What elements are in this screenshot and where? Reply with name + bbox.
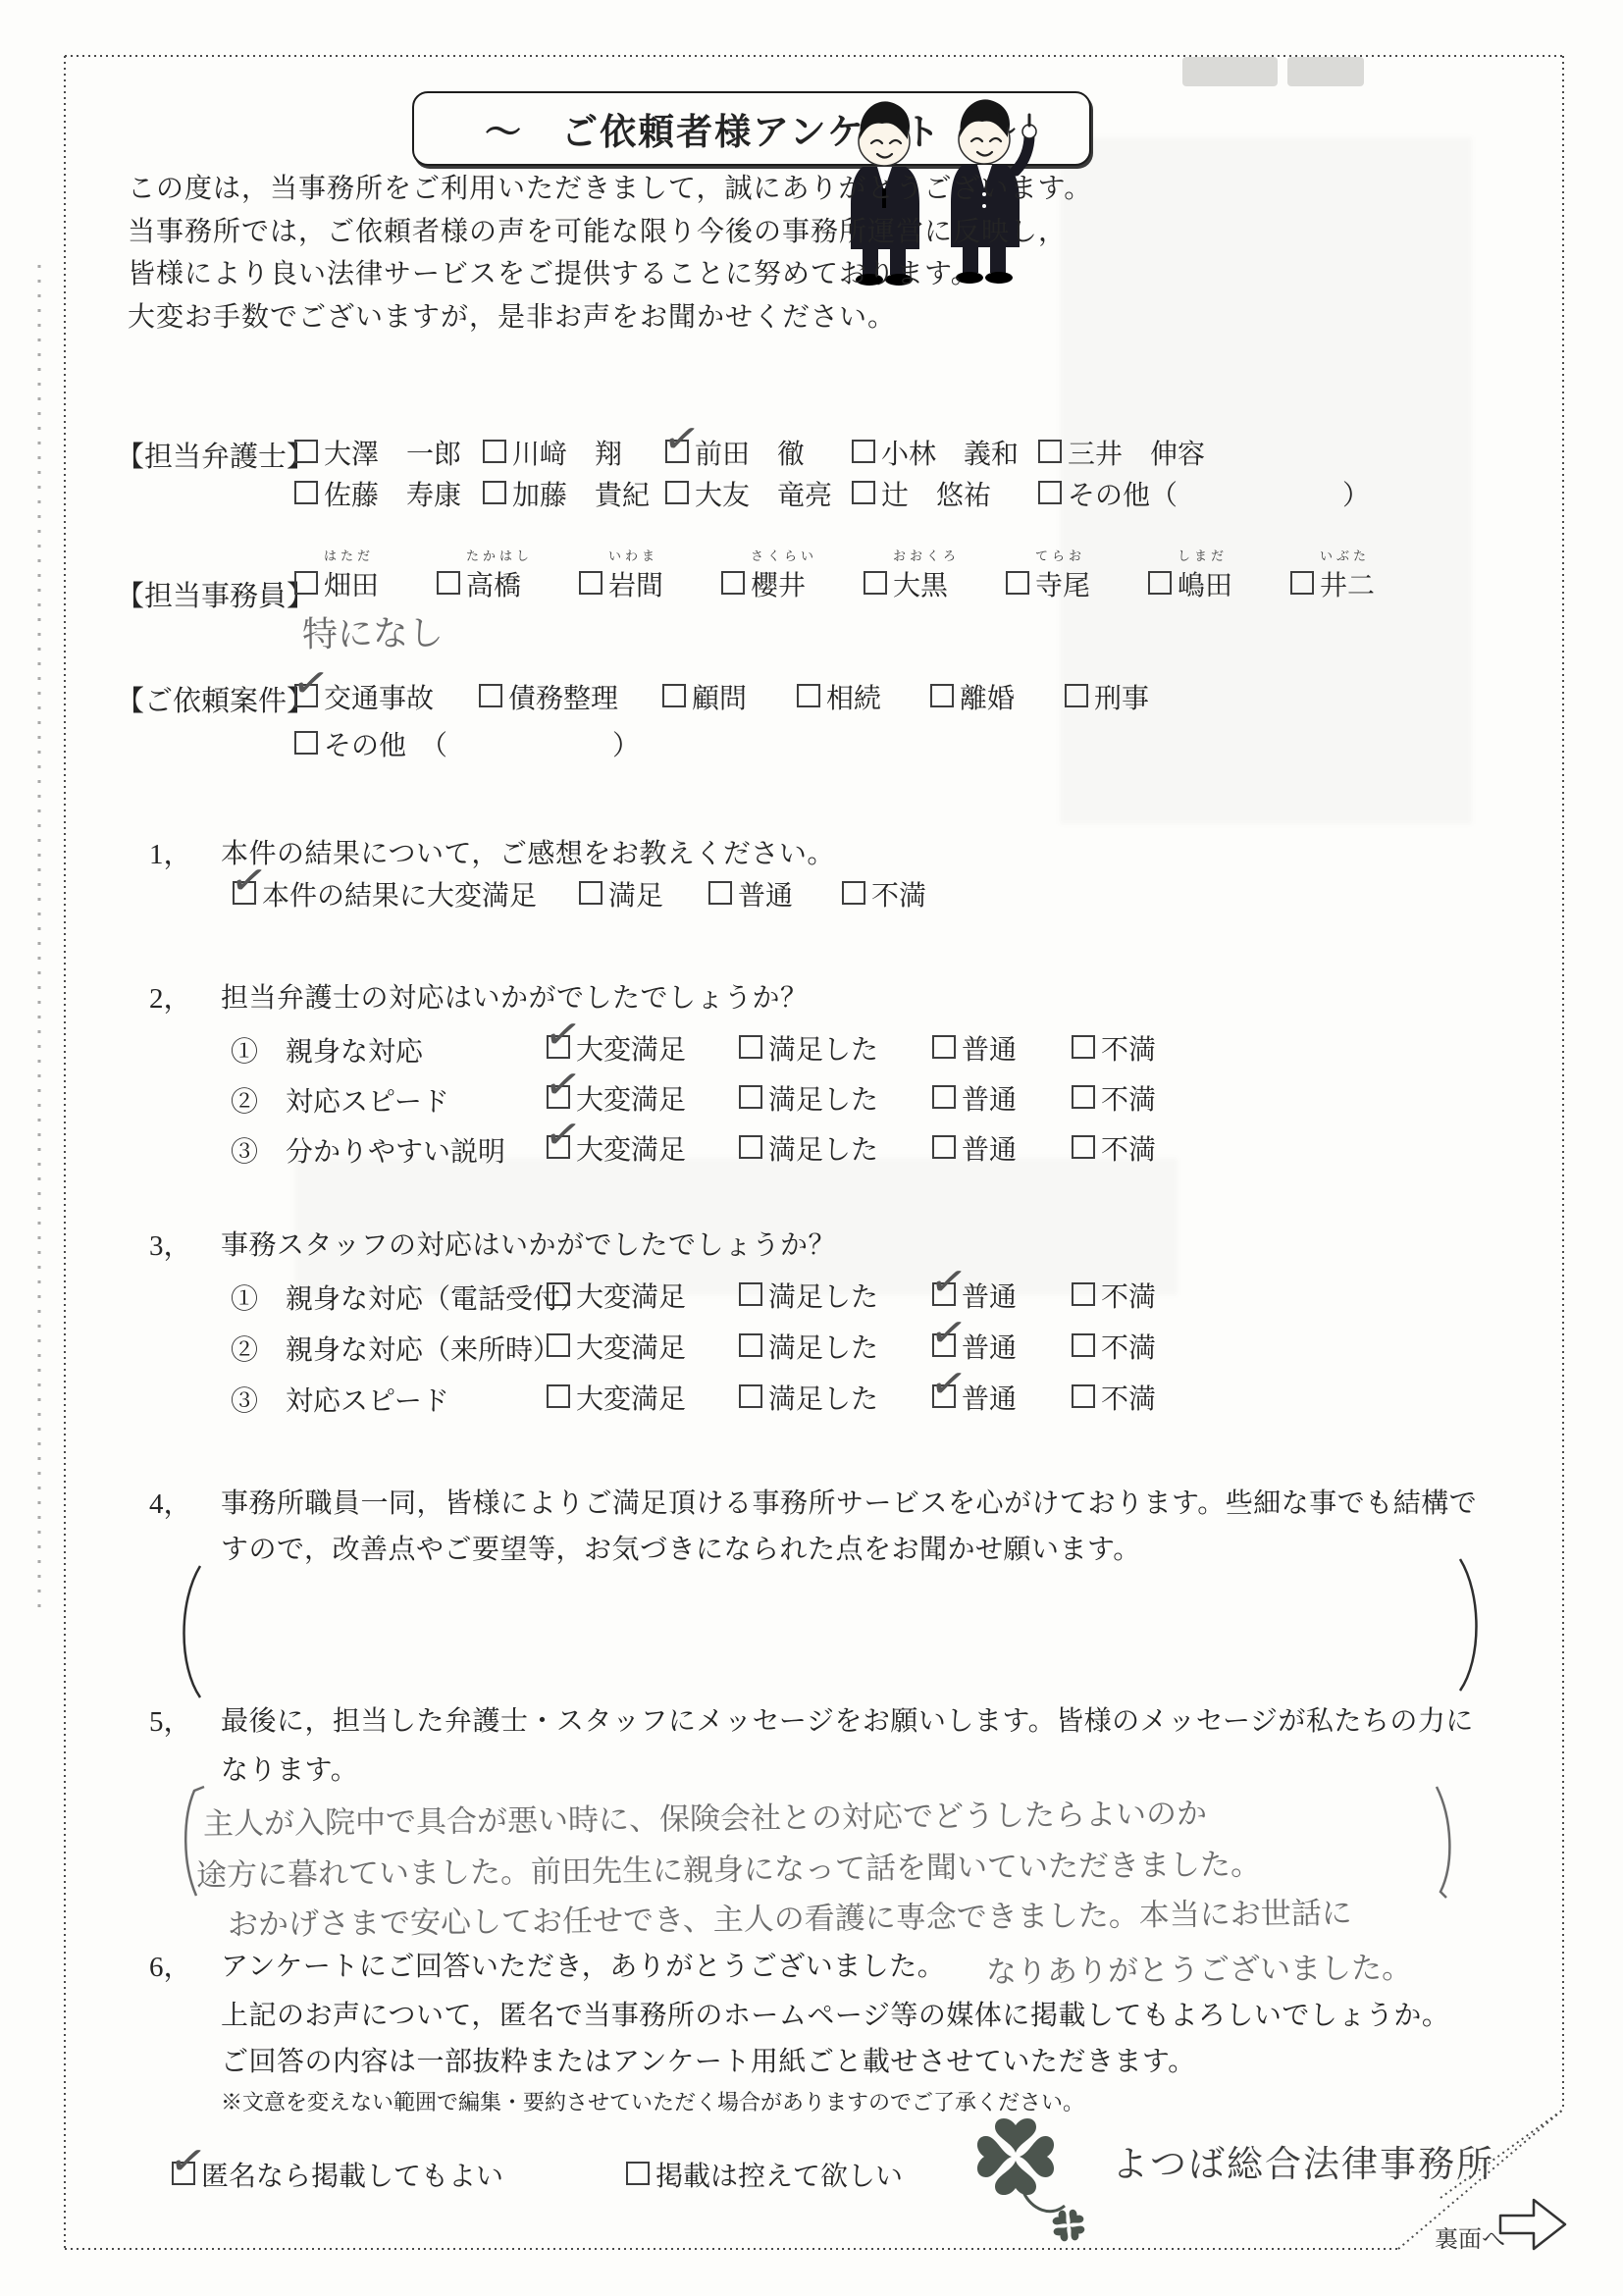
option-label: 不満 [1101, 1327, 1156, 1366]
handwritten-message-line: なりありがとうございました。 [986, 1943, 1412, 1992]
row-label: 親身な対応（電話受付） [286, 1284, 588, 1315]
q1-option-very-satisfied[interactable]: 本件の結果に大変満足 [233, 874, 537, 913]
checkbox[interactable] [721, 571, 745, 595]
checkbox[interactable] [864, 571, 887, 595]
checkbox[interactable] [1065, 684, 1088, 707]
furigana: いぶた [1320, 546, 1375, 564]
furigana: おおくろ [893, 546, 960, 564]
checkbox[interactable] [483, 481, 506, 504]
checkbox[interactable] [1072, 1135, 1095, 1159]
q6-text-line: ご回答の内容は一部抜粋またはアンケート用紙ごと載せさせていただきます。 [221, 2040, 1196, 2079]
q2-row3-dissatisfied[interactable]: 不満 [1072, 1128, 1156, 1168]
checkbox[interactable] [1148, 571, 1172, 595]
lawyer-option-kawasaki[interactable]: 川﨑 翔 [483, 433, 622, 472]
intro-line: 皆様により良い法律サービスをご提供することに努めております。 [128, 252, 979, 291]
q2-row1-label: ① 親身な対応 [231, 1030, 423, 1070]
clover-logo-icon [967, 2110, 1094, 2247]
option-label: 満足 [608, 874, 663, 913]
checkbox[interactable] [547, 1035, 570, 1059]
option-label: 大変満足 [576, 1128, 686, 1168]
lawyer-option-otomo[interactable]: 大友 竜亮 [665, 474, 832, 513]
staff-option-iwama[interactable]: いわま 岩間 [579, 546, 663, 603]
q2-number: 2， [149, 976, 192, 1017]
furigana: たかはし [466, 546, 533, 564]
row-label: 対応スピード [286, 1087, 449, 1118]
option-label: 三井 伸容 [1068, 433, 1205, 472]
q4-text-line: 事務所職員一同，皆様によりご満足頂ける事務所サービスを心がけております。些細な事… [221, 1482, 1477, 1521]
checkbox[interactable] [1290, 571, 1314, 595]
lawyer-option-mitsui[interactable]: 三井 伸容 [1038, 433, 1205, 472]
checkbox[interactable] [932, 1085, 956, 1109]
checkbox[interactable] [579, 571, 602, 595]
checkbox[interactable] [852, 440, 875, 463]
lawyer-option-sato[interactable]: 佐藤 寿康 [294, 474, 461, 513]
q3-row1-satisfied[interactable]: 満足した [739, 1276, 878, 1315]
q2-row1-dissatisfied[interactable]: 不満 [1072, 1028, 1156, 1068]
option-label: その他（ ） [1068, 474, 1370, 513]
checkbox[interactable] [1072, 1035, 1095, 1059]
q3-number: 3， [149, 1224, 192, 1264]
furigana: さくらい [751, 546, 817, 564]
q2-row3-very-satisfied[interactable]: 大変満足 [547, 1128, 686, 1168]
handwritten-note: 特になし [302, 605, 445, 657]
checkbox[interactable] [932, 1384, 956, 1408]
checkbox[interactable] [547, 1135, 570, 1159]
option-label: 刑事 [1094, 677, 1149, 716]
firm-name: よつば総合法律事務所 [1112, 2134, 1494, 2187]
checkbox[interactable] [739, 1282, 762, 1306]
option-label: 高橋 [466, 564, 521, 603]
option-label: 川﨑 翔 [512, 433, 622, 472]
option-label: 加藤 貴紀 [512, 474, 650, 513]
option-label: 大黒 [893, 564, 948, 603]
checkbox[interactable] [547, 1384, 570, 1408]
q2-row2-label: ② 対応スピード [231, 1080, 449, 1120]
checkbox[interactable] [739, 1135, 762, 1159]
option-label: 普通 [962, 1078, 1017, 1118]
option-label: 普通 [962, 1028, 1017, 1068]
checkbox[interactable] [1072, 1282, 1095, 1306]
q3-row3-satisfied[interactable]: 満足した [739, 1378, 878, 1417]
q3-row2-very-satisfied[interactable]: 大変満足 [547, 1327, 686, 1366]
checkbox[interactable] [1072, 1085, 1095, 1109]
lawyer-option-maeda[interactable]: 前田 徹 [665, 433, 805, 472]
redaction-box [1287, 57, 1364, 86]
option-label: 交通事故 [324, 677, 434, 716]
back-arrow-icon [1496, 2194, 1575, 2257]
checkbox[interactable] [294, 440, 318, 463]
checkbox[interactable] [932, 1282, 956, 1306]
case-option-traffic[interactable]: 交通事故 [294, 677, 434, 716]
staff-option-sakurai[interactable]: さくらい 櫻井 [721, 546, 817, 603]
option-label: 大変満足 [576, 1327, 686, 1366]
q3-row1-dissatisfied[interactable]: 不満 [1072, 1276, 1156, 1315]
q3-row2-satisfied[interactable]: 満足した [739, 1327, 878, 1366]
section-label-staff: 【担当事務員】 [116, 574, 315, 614]
checkbox[interactable] [739, 1035, 762, 1059]
option-label: 不満 [1101, 1028, 1156, 1068]
option-label: 普通 [962, 1378, 1017, 1417]
q1-number: 1， [149, 832, 192, 872]
checkbox[interactable] [852, 481, 875, 504]
option-label: 大変満足 [576, 1028, 686, 1068]
row-label: 対応スピード [286, 1386, 449, 1417]
publish-anonymous-option[interactable]: 匿名なら掲載してもよい [172, 2155, 503, 2194]
option-label: 満足した [768, 1078, 878, 1118]
q1-question: 本件の結果について，ご感想をお教えください。 [221, 832, 835, 871]
row-number: ① [231, 1284, 258, 1315]
row-label: 親身な対応（来所時） [286, 1335, 560, 1366]
case-option-debt[interactable]: 債務整理 [479, 677, 618, 716]
option-label: 満足した [768, 1276, 878, 1315]
option-label: 普通 [962, 1276, 1017, 1315]
furigana: しまだ [1178, 546, 1232, 564]
checkbox[interactable] [1038, 440, 1062, 463]
checkbox[interactable] [437, 571, 460, 595]
q5-text-line: 最後に，担当した弁護士・スタッフにメッセージをお願いします。皆様のメッセージが私… [221, 1699, 1474, 1739]
option-label: 大変満足 [576, 1378, 686, 1417]
option-label: 櫻井 [751, 564, 806, 603]
staff-option-terao[interactable]: てらお 寺尾 [1006, 546, 1090, 603]
lawyer-option-kato[interactable]: 加藤 貴紀 [483, 474, 650, 513]
intro-line: 当事務所では，ご依頼者様の声を可能な限り今後の事務所運営に反映し， [128, 210, 1067, 249]
q2-row1-satisfied[interactable]: 満足した [739, 1028, 878, 1068]
checkbox[interactable] [1006, 571, 1029, 595]
q6-text-line: アンケートにご回答いただき，ありがとうございました。 [221, 1945, 945, 1984]
q6-text-line: 上記のお声について，匿名で当事務所のホームページ等の媒体に掲載してもよろしいでし… [221, 1994, 1449, 2033]
intro-line: 大変お手数でございますが，是非お声をお聞かせください。 [128, 295, 896, 335]
option-label: 満足した [768, 1028, 878, 1068]
option-label: 普通 [738, 874, 793, 913]
lawyer-option-kobayashi[interactable]: 小林 義和 [852, 433, 1019, 472]
option-label: 満足した [768, 1378, 878, 1417]
section-label-lawyers: 【担当弁護士】 [116, 435, 315, 475]
case-option-inheritance[interactable]: 相続 [797, 677, 881, 716]
option-label: 大変満足 [576, 1078, 686, 1118]
row-number: ② [231, 1087, 258, 1118]
option-label: 債務整理 [508, 677, 618, 716]
option-label: 不満 [1101, 1276, 1156, 1315]
q3-row3-dissatisfied[interactable]: 不満 [1072, 1378, 1156, 1417]
option-label: 満足した [768, 1327, 878, 1366]
back-side-label: 裏面へ [1435, 2219, 1505, 2254]
checkbox[interactable] [483, 440, 506, 463]
option-label: 佐藤 寿康 [324, 474, 461, 513]
checkbox[interactable] [294, 571, 318, 595]
option-label: 畑田 [324, 564, 379, 603]
q2-question: 担当弁護士の対応はいかがでしたでしょうか？ [221, 976, 809, 1016]
checkbox[interactable] [172, 2162, 195, 2185]
option-label: 大変満足 [576, 1276, 686, 1315]
row-number: ③ [231, 1386, 258, 1417]
option-label: 不満 [871, 874, 926, 913]
option-label: 井二 [1320, 564, 1375, 603]
checkbox[interactable] [1072, 1384, 1095, 1408]
q2-row1-neutral[interactable]: 普通 [932, 1028, 1017, 1068]
option-label: 大澤 一郎 [324, 433, 461, 472]
option-label: 普通 [962, 1128, 1017, 1168]
furigana: いわま [608, 546, 663, 564]
staff-option-hatada[interactable]: はただ 畑田 [294, 546, 379, 603]
checkbox[interactable] [797, 684, 820, 707]
option-label: その他 （ ） [324, 724, 640, 763]
row-number: ① [231, 1037, 258, 1068]
big-open-paren [167, 1562, 210, 1701]
checkbox[interactable] [708, 881, 732, 905]
checkbox[interactable] [547, 1333, 570, 1357]
q3-row2-label: ② 親身な対応（来所時） [231, 1329, 560, 1368]
q5-text-line: なります。 [221, 1748, 358, 1788]
q3-row1-very-satisfied[interactable]: 大変満足 [547, 1276, 686, 1315]
checkbox[interactable] [932, 1135, 956, 1159]
q5-number: 5， [149, 1699, 192, 1740]
option-label: 嶋田 [1178, 564, 1232, 603]
q1-option-neutral[interactable]: 普通 [708, 874, 793, 913]
big-close-paren [1450, 1555, 1493, 1695]
q6-note: ※文意を変えない範囲で編集・要約させていただく場合がありますのでご了承ください。 [221, 2086, 1084, 2116]
case-option-other[interactable]: その他 （ ） [294, 724, 640, 763]
option-label: 本件の結果に大変満足 [262, 874, 537, 913]
q2-row3-satisfied[interactable]: 満足した [739, 1128, 878, 1168]
option-label: 掲載は控えて欲しい [655, 2155, 903, 2194]
staff-option-takahashi[interactable]: たかはし 高橋 [437, 546, 533, 603]
option-label: 普通 [962, 1327, 1017, 1366]
checkbox[interactable] [579, 881, 602, 905]
no-publish-option[interactable]: 掲載は控えて欲しい [626, 2155, 903, 2194]
option-label: 寺尾 [1035, 564, 1090, 603]
option-label: 辻 悠祐 [881, 474, 991, 513]
checkbox[interactable] [932, 1035, 956, 1059]
checkbox[interactable] [547, 1085, 570, 1109]
checkbox[interactable] [626, 2162, 650, 2185]
q2-row2-dissatisfied[interactable]: 不満 [1072, 1078, 1156, 1118]
checkbox[interactable] [930, 684, 954, 707]
handwritten-close-bracket [1431, 1784, 1466, 1902]
staff-option-shimada[interactable]: しまだ 嶋田 [1148, 546, 1232, 603]
q3-row3-very-satisfied[interactable]: 大変満足 [547, 1378, 686, 1417]
q3-row3-label: ③ 対応スピード [231, 1380, 449, 1419]
q6-number: 6， [149, 1945, 192, 1985]
checkbox[interactable] [547, 1282, 570, 1306]
option-label: 匿名なら掲載してもよい [201, 2155, 503, 2194]
survey-form-page: ～ ご依頼者様アンケート ～ [0, 0, 1623, 2296]
option-label: 大友 竜亮 [695, 474, 832, 513]
checkbox[interactable] [665, 440, 689, 463]
checkbox[interactable] [932, 1333, 956, 1357]
row-label: 親身な対応 [286, 1037, 423, 1068]
checkbox[interactable] [294, 731, 318, 755]
row-number: ③ [231, 1137, 258, 1168]
option-label: 不満 [1101, 1078, 1156, 1118]
checkbox[interactable] [294, 481, 318, 504]
option-label: 離婚 [960, 677, 1015, 716]
checkbox[interactable] [233, 881, 256, 905]
furigana: てらお [1035, 546, 1090, 564]
case-option-divorce[interactable]: 離婚 [930, 677, 1015, 716]
redaction-box [1182, 57, 1278, 86]
checkbox[interactable] [842, 881, 865, 905]
option-label: 不満 [1101, 1128, 1156, 1168]
staff-option-ibuta[interactable]: いぶた 井二 [1290, 546, 1375, 603]
lawyer-option-other[interactable]: その他（ ） [1038, 474, 1370, 513]
checkbox[interactable] [739, 1333, 762, 1357]
q4-number: 4， [149, 1482, 192, 1522]
q4-text-line: すので，改善点やご要望等，お気づきになられた点をお聞かせ願います。 [221, 1528, 1141, 1567]
q3-question: 事務スタッフの対応はいかがでしたでしょうか？ [221, 1224, 836, 1263]
lawyer-option-tsuji[interactable]: 辻 悠祐 [852, 474, 991, 513]
case-option-advisory[interactable]: 顧問 [662, 677, 747, 716]
q3-row3-neutral[interactable]: 普通 [932, 1378, 1017, 1417]
checkbox[interactable] [662, 684, 686, 707]
lawyer-option-osawa[interactable]: 大澤 一郎 [294, 433, 461, 472]
intro-line: この度は，当事務所をご利用いただきまして，誠にありがとうございます。 [128, 167, 1092, 206]
q2-row2-satisfied[interactable]: 満足した [739, 1078, 878, 1118]
checkbox[interactable] [1038, 481, 1062, 504]
q2-row3-label: ③ 分かりやすい説明 [231, 1130, 505, 1170]
option-label: 不満 [1101, 1378, 1156, 1417]
option-label: 顧問 [692, 677, 747, 716]
checkbox[interactable] [479, 684, 502, 707]
checkbox[interactable] [665, 481, 689, 504]
q1-option-satisfied[interactable]: 満足 [579, 874, 663, 913]
checkbox[interactable] [739, 1384, 762, 1408]
staff-option-okuro[interactable]: おおくろ 大黒 [864, 546, 960, 603]
option-label: 小林 義和 [881, 433, 1019, 472]
option-label: 満足した [768, 1128, 878, 1168]
option-label: 相続 [826, 677, 881, 716]
q2-row2-neutral[interactable]: 普通 [932, 1078, 1017, 1118]
checkbox[interactable] [739, 1085, 762, 1109]
case-option-criminal[interactable]: 刑事 [1065, 677, 1149, 716]
row-number: ② [231, 1335, 258, 1366]
checkbox[interactable] [294, 684, 318, 707]
q2-row3-neutral[interactable]: 普通 [932, 1128, 1017, 1168]
furigana: はただ [324, 546, 379, 564]
q1-option-dissatisfied[interactable]: 不満 [842, 874, 926, 913]
q3-row2-dissatisfied[interactable]: 不満 [1072, 1327, 1156, 1366]
option-label: 前田 徹 [695, 433, 805, 472]
option-label: 岩間 [608, 564, 663, 603]
q3-row1-label: ① 親身な対応（電話受付） [231, 1278, 588, 1317]
row-label: 分かりやすい説明 [286, 1137, 505, 1168]
checkbox[interactable] [1072, 1333, 1095, 1357]
section-label-cases: 【ご依頼案件】 [116, 679, 315, 719]
